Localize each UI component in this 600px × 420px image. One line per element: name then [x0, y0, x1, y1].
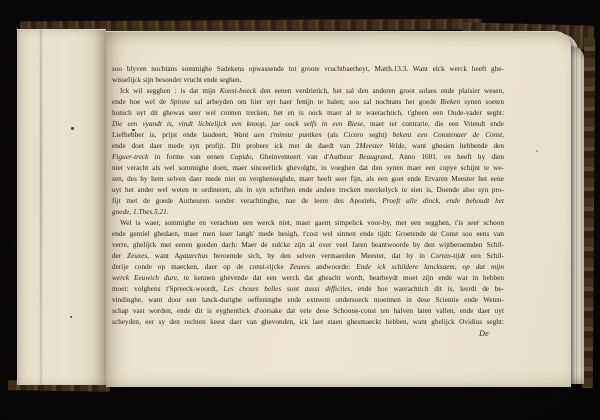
page-speck — [536, 150, 538, 152]
printed-text-page: soo blyven nochtans sommighe Sadekens op… — [106, 31, 571, 387]
text-line: Die een vyandt is, vindt lichtelijck een… — [112, 119, 504, 130]
text-segment: honich uyt dit ghewas seer wel connen tr… — [112, 109, 504, 117]
text-segment: ende doet daer mede syn profijt. Dit pro… — [112, 142, 360, 150]
text-line: Figuer-treck in forme van eenen Cupido, … — [112, 152, 504, 163]
paragraph: Ick wil segghen : is dat mijn Konst-boec… — [112, 86, 504, 218]
text-segment: beroemde sich, by den selven vermaerden … — [208, 252, 431, 260]
text-segment: sal arbeyden om hier uyt haer fenijn te … — [190, 98, 440, 106]
italic-text-segment: Cupido — [230, 153, 251, 161]
text-segment: verre, ghelijck met eenen goeden dach: M… — [112, 241, 504, 249]
text-segment: soo blyven nochtans sommighe Sadekens op… — [112, 65, 504, 73]
italic-text-segment: Want aen t'minste puntken — [234, 131, 322, 139]
text-segment: Wel is waer, sommighe en verachten een w… — [120, 219, 504, 227]
text-segment: wisselijck sijn besonder vrucht ende seg… — [112, 76, 242, 84]
italic-text-segment: werck Eeuwich dure, — [112, 274, 179, 282]
text-segment: vindinghe, want door een lanck-durighe o… — [112, 296, 504, 304]
text-segment: een Schil- — [465, 252, 504, 260]
text-segment: sen, des hy hem selven daer mede niet en… — [112, 175, 504, 183]
text-line: Wel is waer, sommighe en verachten een w… — [112, 218, 504, 229]
text-segment: (als Cicero seght) — [322, 131, 393, 139]
catchword-row: De — [112, 328, 504, 339]
italic-text-segment: Die een vyandt is, vindt lichtelijck een… — [112, 120, 365, 128]
italic-text-segment: bekent een Constenaer de Const, — [393, 131, 504, 139]
italic-text-segment: Bieken — [440, 98, 460, 106]
text-segment: , Anno 1601. en heeft hy dien — [391, 153, 504, 161]
text-line: ende hoe wel de Spinne sal arbeyden om h… — [112, 97, 504, 108]
text-segment: schap vast worden, ende dit is eyghentli… — [112, 307, 504, 315]
text-segment: niet veracht als wel sommighe doen, maer… — [112, 164, 504, 172]
text-line: verre, ghelijck met eenen goeden dach: M… — [112, 240, 504, 251]
italic-text-segment: Proeft alle dinck, ende behoudt het — [382, 197, 504, 205]
book-photo-backdrop: soo blyven nochtans sommighe Sadekens op… — [0, 0, 600, 420]
text-line: ende doet daer mede syn profijt. Dit pro… — [112, 141, 504, 152]
italic-text-segment: Zeuxes — [127, 252, 147, 260]
text-segment: der — [112, 252, 127, 260]
text-segment: scheyden, eer sy den rechten keest daer … — [112, 318, 504, 326]
text-segment: te kennen ghevende dat een werck dat ghe… — [179, 274, 504, 282]
text-line: goede, 1.Thes.5.21. — [112, 207, 504, 218]
blank-verso-page — [17, 29, 106, 385]
text-segment: derije conde op maecken, daer op de cons… — [112, 263, 290, 271]
page-speck — [132, 129, 135, 131]
italic-text-segment: Les choses belles sont aussi difficiles — [223, 285, 350, 293]
text-line: sen, des hy hem selven daer mede niet en… — [112, 174, 504, 185]
text-segment: maer ter contrarie, die een Vriendt ende — [365, 120, 504, 128]
italic-text-segment: Corten-tijdt — [431, 252, 465, 260]
text-segment: andwoorde: — [310, 263, 356, 271]
text-line: niet veracht als wel sommighe doen, maer… — [112, 163, 504, 174]
text-line: fijt met de goede Autheuren sonder verac… — [112, 196, 504, 207]
text-segment: ende hoe wel de — [112, 98, 170, 106]
text-segment: Ick wil segghen : is dat mijn — [120, 87, 220, 95]
italic-text-segment: Ende ick schildere lancksaem, op dat mij… — [356, 263, 504, 271]
text-segment: , want — [147, 252, 174, 260]
text-segment: fijt met de goede Autheuren sonder verac… — [112, 197, 382, 205]
text-segment: uyt het ander wel weten te ordineren, al… — [112, 186, 504, 194]
text-line: Liefhebber is, prijst ende laudeert, Wan… — [112, 130, 504, 141]
text-segment: moet: volghens t'Spreeck-woordt, — [112, 285, 223, 293]
italic-text-segment: Zeuxes — [290, 263, 310, 271]
italic-text-segment: Konst-boeck — [220, 87, 256, 95]
text-line: schap vast worden, ende dit is eyghentli… — [112, 306, 504, 317]
text-line: uyt het ander wel weten te ordineren, al… — [112, 185, 504, 196]
text-line: ende gentiel ghedaen, maer men isser lan… — [112, 229, 504, 240]
text-segment: den eenen verdrietich, het sal den ander… — [256, 87, 504, 95]
paragraph: soo blyven nochtans sommighe Sadekens op… — [112, 64, 504, 86]
text-block: soo blyven nochtans sommighe Sadekens op… — [112, 64, 504, 339]
page-speck — [70, 316, 72, 318]
italic-text-segment: Spinne — [170, 98, 190, 106]
italic-text-segment: Beaugrand — [359, 153, 391, 161]
text-segment: Liefhebber is, prijst ende laudeert, — [112, 131, 234, 139]
text-segment: synen soeten — [460, 98, 504, 106]
text-segment: , Gheinventeert van d'Autheur — [252, 153, 359, 161]
text-line: scheyden, eer sy den rechten keest daer … — [112, 317, 504, 328]
italic-text-segment: goede, 1.Thes.5.21. — [112, 208, 169, 216]
text-segment: , want ghesien hebbende den — [404, 142, 504, 150]
text-line: moet: volghens t'Spreeck-woordt, Les cho… — [112, 284, 504, 295]
text-line: Ick wil segghen : is dat mijn Konst-boec… — [112, 86, 504, 97]
text-line: honich uyt dit ghewas seer wel connen tr… — [112, 108, 504, 119]
text-line: derije conde op maecken, daer op de cons… — [112, 262, 504, 273]
gutter-crease — [40, 30, 42, 385]
text-line: werck Eeuwich dure, te kennen ghevende d… — [112, 273, 504, 284]
italic-text-segment: Meester Velde — [360, 142, 405, 150]
text-line: der Zeuxes, want Agatarchus beroemde sic… — [112, 251, 504, 262]
paragraph: Wel is waer, sommighe en verachten een w… — [112, 218, 504, 328]
text-segment: in forme van eenen — [148, 153, 230, 161]
text-segment: ende gentiel ghedaen, maer men isser lan… — [112, 230, 504, 238]
text-segment: , ende hoe waerachtich dit is, leerdt de… — [350, 285, 504, 293]
italic-text-segment: Agatarchus — [175, 252, 208, 260]
italic-text-segment: Figuer-treck — [112, 153, 148, 161]
catchword: De — [479, 329, 489, 338]
page-speck — [71, 127, 74, 130]
text-line: wisselijck sijn besonder vrucht ende seg… — [112, 75, 504, 86]
text-line: soo blyven nochtans sommighe Sadekens op… — [112, 64, 504, 75]
text-line: vindinghe, want door een lanck-durighe o… — [112, 295, 504, 306]
